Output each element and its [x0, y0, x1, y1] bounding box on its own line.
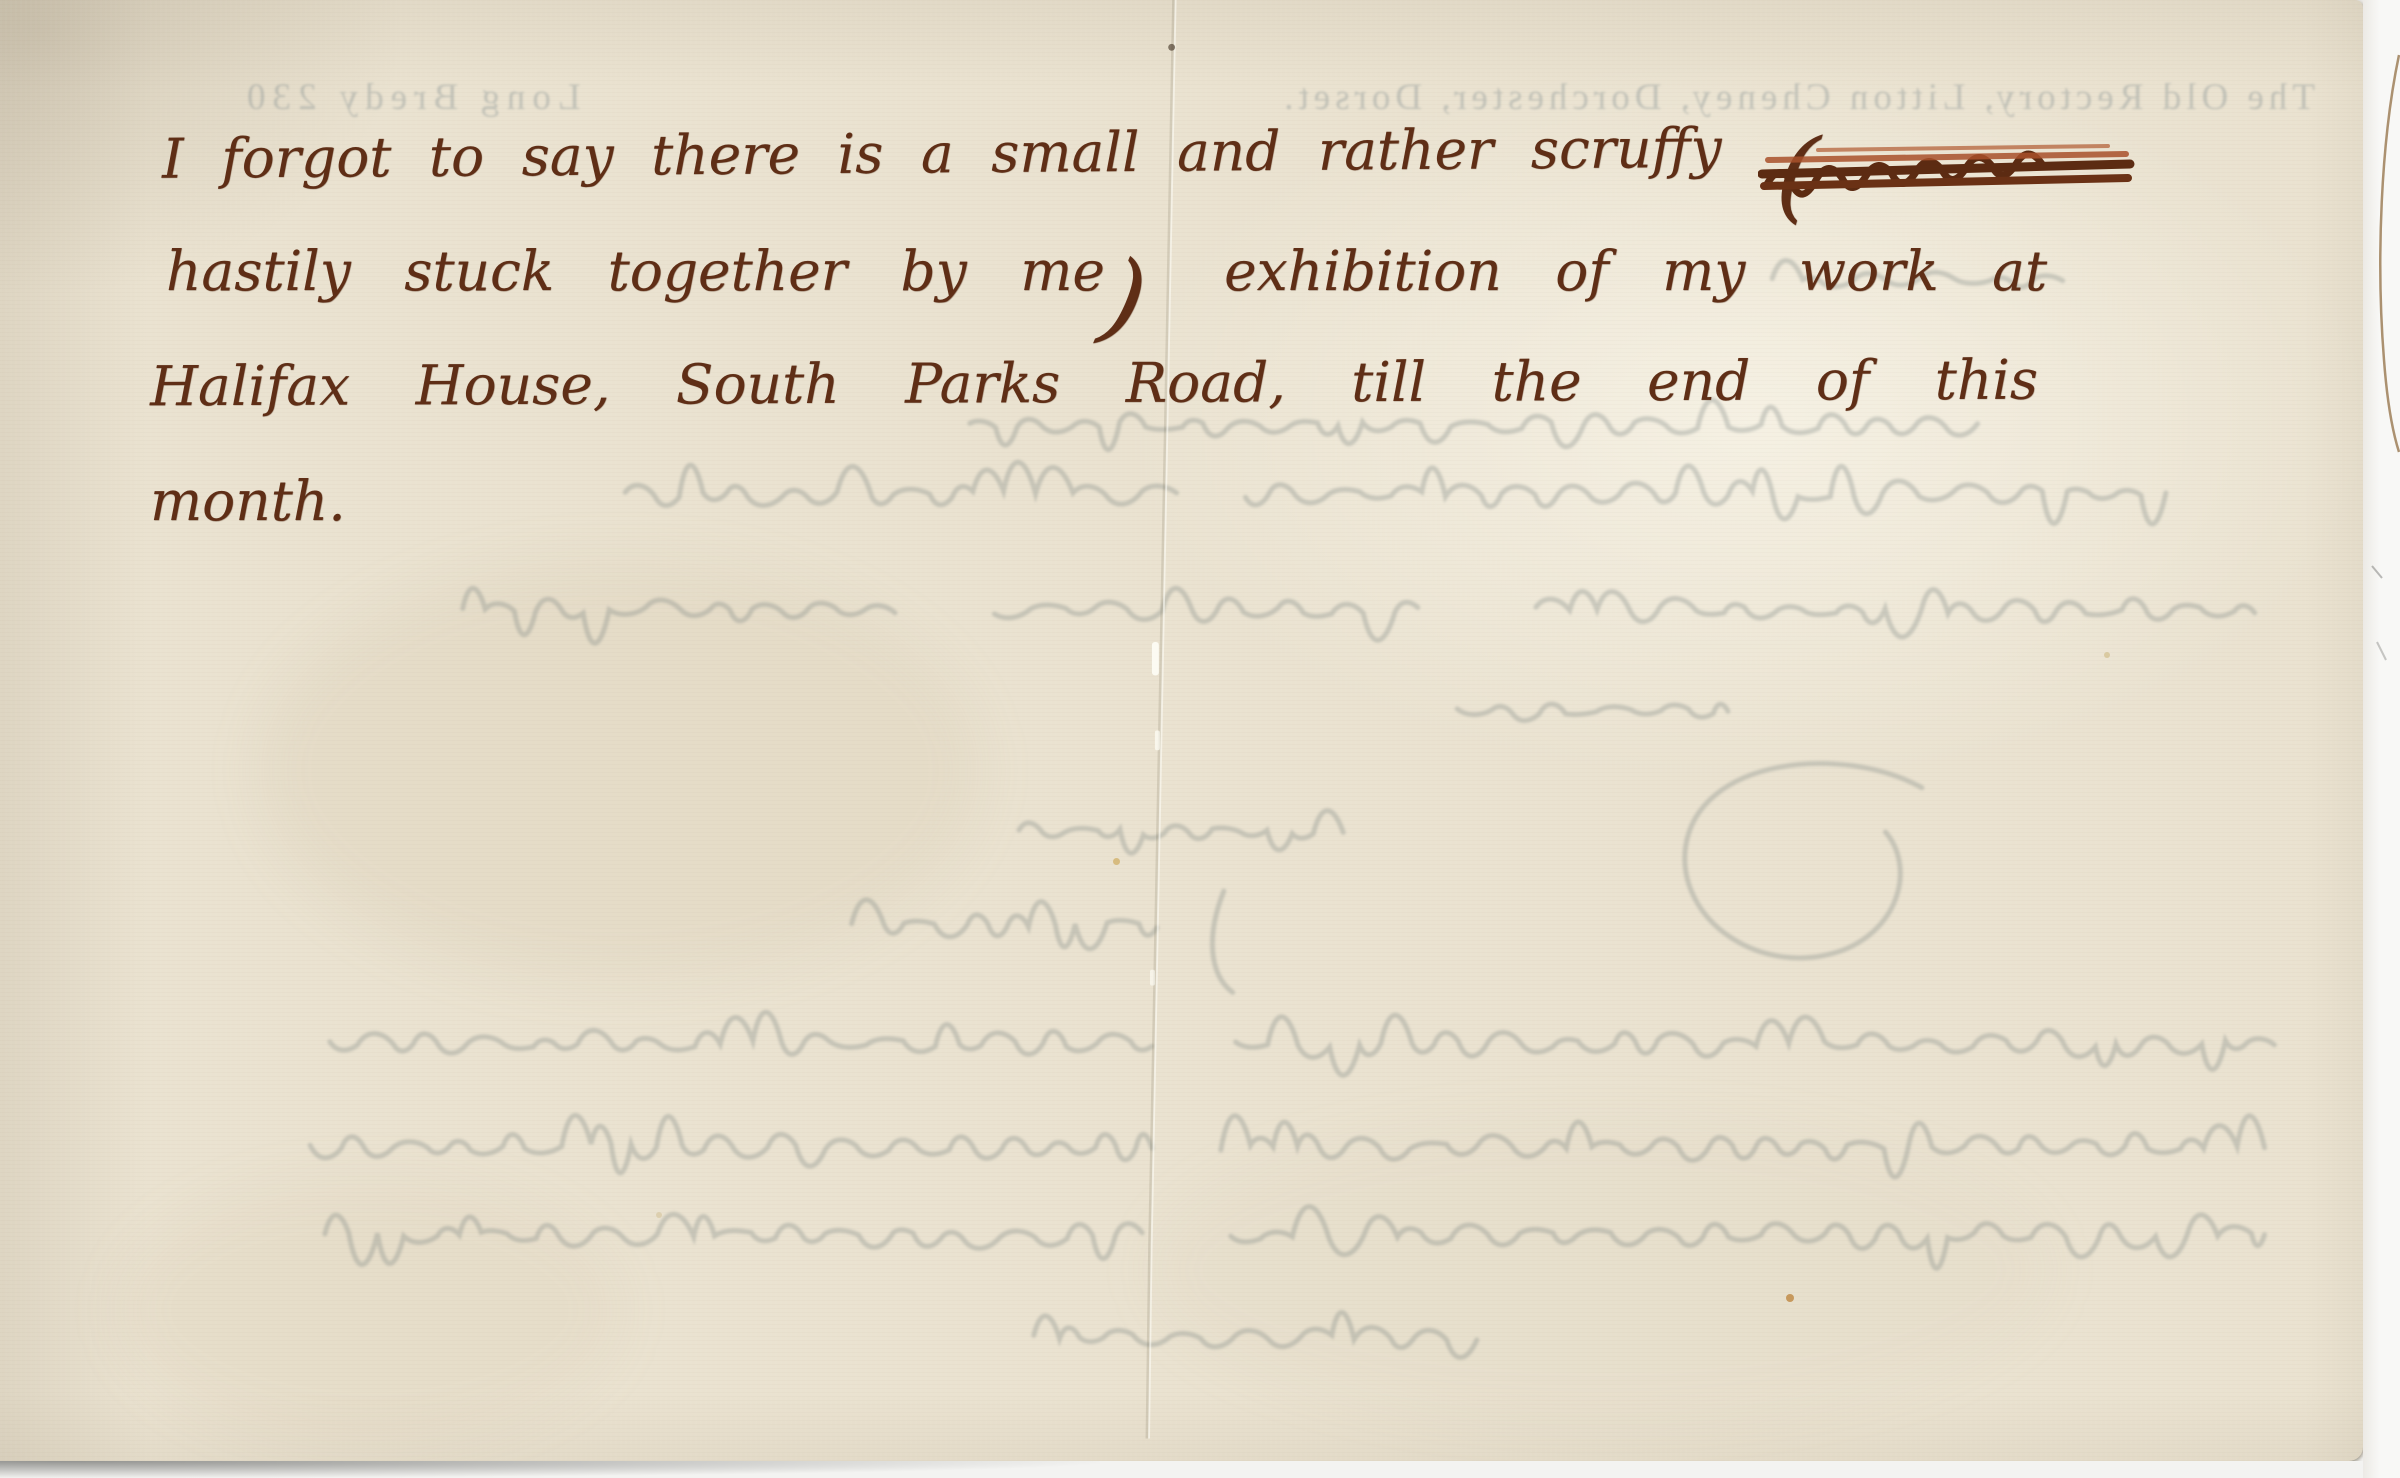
paper-speck	[2104, 652, 2110, 658]
ghost-handwriting-line	[1245, 466, 2165, 524]
showthrough-letterhead: The Old Rectory, Litton Cheney, Dorchest…	[240, 76, 2315, 119]
scanned-letter-image: The Old Rectory, Litton Cheney, Dorchest…	[0, 0, 2400, 1478]
paper-speck	[656, 1212, 662, 1218]
paper-bottom-shadow	[0, 1461, 1100, 1478]
letter-line-4: month.	[150, 466, 346, 538]
letter-line-3-text: Halifax House, South Parks Road, till th…	[150, 348, 2038, 419]
letter-line-1-text: I forgot to say there is a small and rat…	[162, 116, 1722, 191]
showthrough-letterhead-phone: Long Bredy 230	[240, 76, 581, 119]
scanner-background-right	[2363, 0, 2400, 1478]
letter-paper: The Old Rectory, Litton Cheney, Dorchest…	[0, 0, 2363, 1461]
ghost-handwriting-line	[852, 900, 1157, 949]
letter-line-4-text: month.	[150, 469, 346, 533]
ghost-handwriting-line	[1536, 590, 2255, 637]
ghost-handwriting-line	[330, 1012, 1152, 1054]
ghost-handwriting-line	[1034, 1312, 1477, 1357]
fold-crease	[0, 0, 2363, 1455]
letter-line-2-text-after: exhibition of my work at	[1224, 239, 2047, 303]
ghost-handwriting-line	[625, 462, 1176, 505]
letter-line-2-paren: )	[1105, 294, 1144, 302]
crease-chip	[1150, 970, 1155, 986]
crease-speck	[1168, 44, 1175, 51]
ghost-handwriting-line	[1231, 1207, 2265, 1269]
ghost-handwriting-line	[325, 1214, 1142, 1264]
paper-texture	[0, 0, 2363, 1461]
crease-chip	[1155, 731, 1160, 751]
crossed-out-scribble	[1758, 134, 2142, 218]
letter-line-1: I forgot to say there is a small and rat…	[162, 112, 1817, 195]
paper-speck	[1786, 1294, 1794, 1302]
letter-line-3: Halifax House, South Parks Road, till th…	[150, 345, 2038, 423]
ghost-handwriting-line	[1221, 1116, 2265, 1177]
ghost-handwriting-line	[463, 588, 895, 643]
paper-stain	[120, 1180, 620, 1440]
letter-line-2: hastily stuck together by me) exhibition…	[166, 236, 2047, 308]
ghost-handwriting-line	[1236, 1015, 2275, 1075]
ghost-flourish	[1685, 763, 1922, 957]
ghost-flourish	[1212, 891, 1232, 992]
ghost-handwriting-line	[310, 1115, 1152, 1173]
ghost-handwriting-line	[1457, 704, 1728, 720]
letter-line-2-text: hastily stuck together by me	[166, 239, 1105, 303]
paper-stain	[1150, 1120, 2050, 1420]
paper-stain	[260, 560, 980, 980]
showthrough-handwriting-ghost	[0, 0, 2363, 1455]
crease-chip	[1152, 642, 1159, 675]
ghost-handwriting-line	[994, 588, 1417, 640]
ghost-handwriting-line	[1019, 811, 1343, 854]
paper-speck	[1113, 858, 1120, 865]
